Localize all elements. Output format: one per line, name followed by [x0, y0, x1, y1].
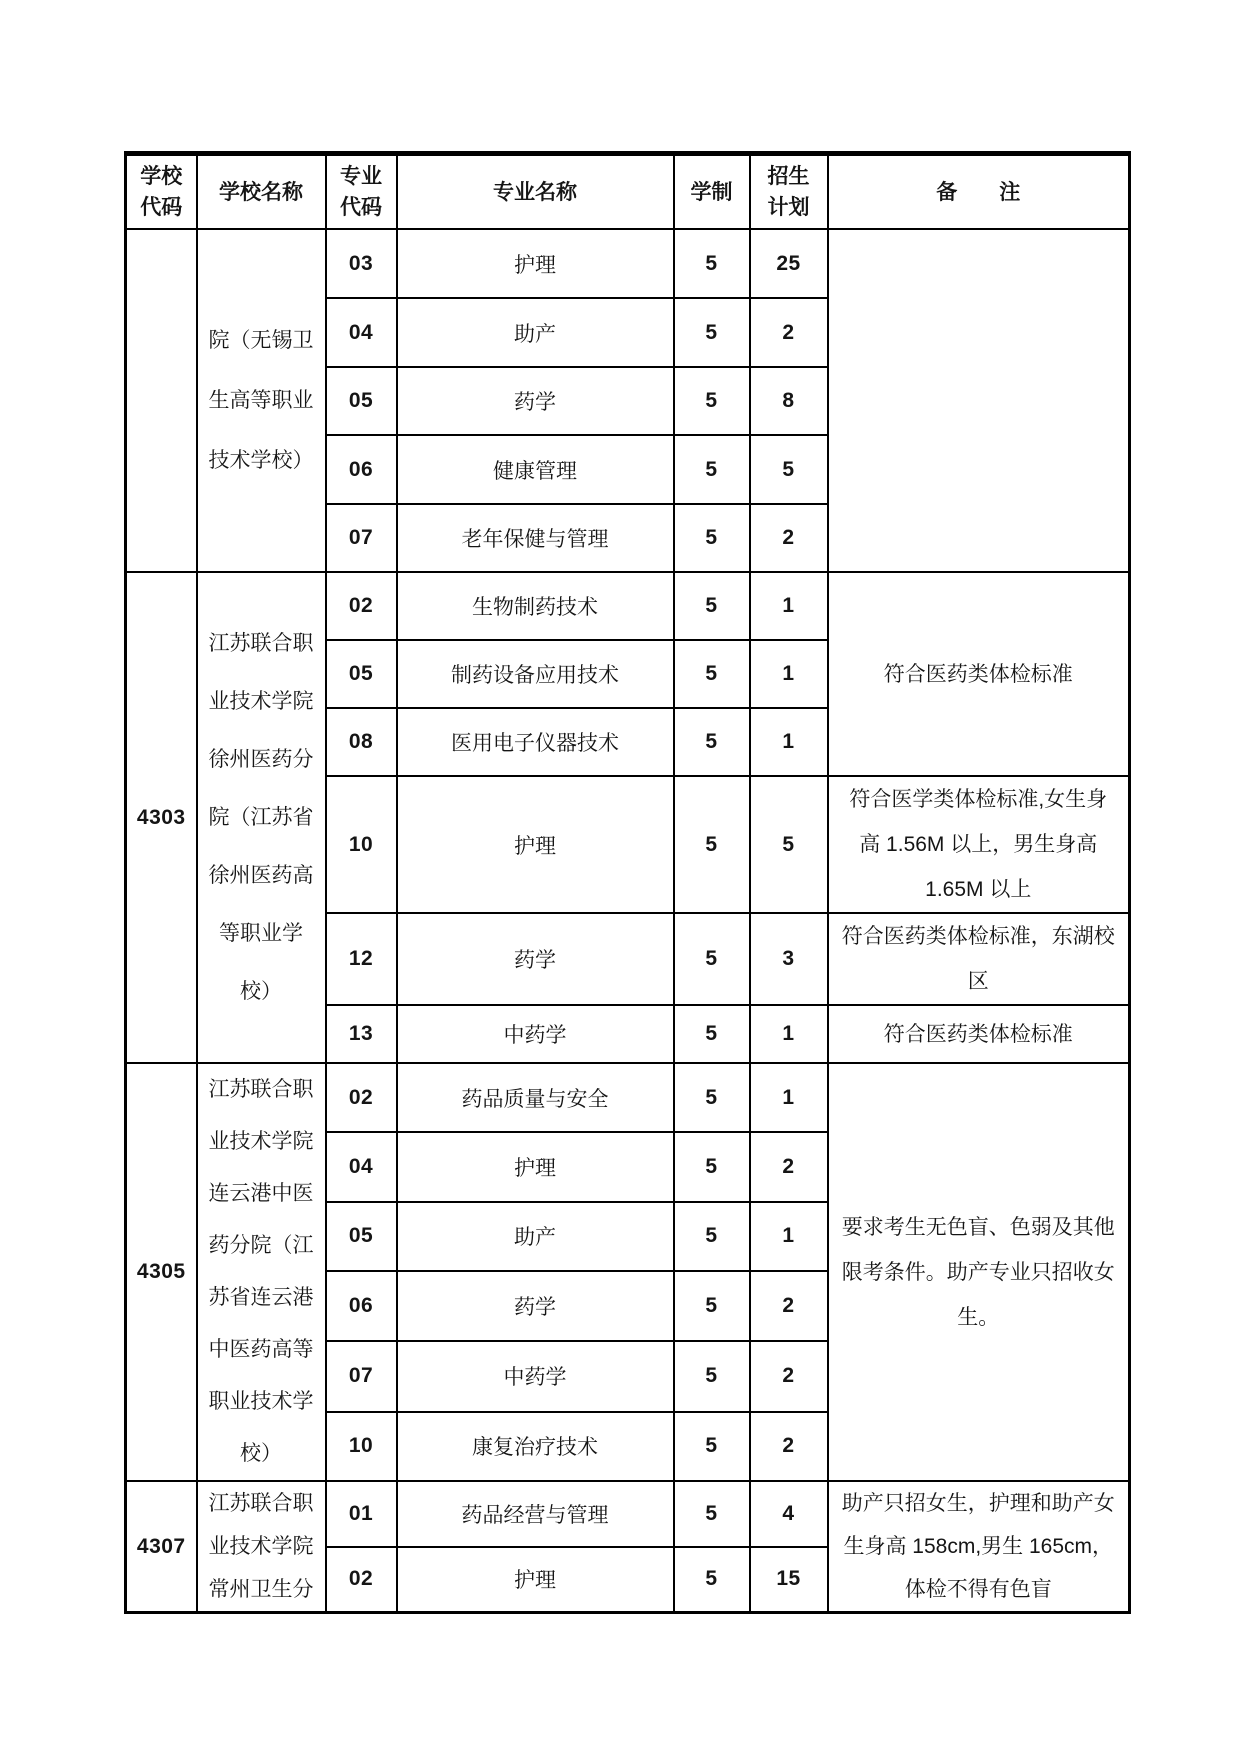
plan-cell: 3: [750, 913, 828, 1005]
major-code-cell: 10: [326, 1412, 397, 1481]
major-name-cell: 助产: [397, 1202, 674, 1271]
major-name-cell: 护理: [397, 229, 674, 298]
major-name-cell: 药品经营与管理: [397, 1481, 674, 1547]
school-name-cell: 江苏联合职 业技术学院 连云港中医 药分院（江 苏省连云港 中医药高等 职业技术…: [197, 1063, 326, 1481]
remark-cell: 要求考生无色盲、色弱及其他 限考条件。助产专业只招收女 生。: [828, 1063, 1130, 1481]
major-code-cell: 04: [326, 298, 397, 367]
major-name-cell: 护理: [397, 1547, 674, 1613]
years-cell: 5: [674, 913, 750, 1005]
major-name-cell: 护理: [397, 1132, 674, 1201]
major-name-cell: 药品质量与安全: [397, 1063, 674, 1132]
years-cell: 5: [674, 367, 750, 435]
plan-cell: 4: [750, 1481, 828, 1547]
major-code-cell: 07: [326, 1341, 397, 1411]
years-cell: 5: [674, 776, 750, 913]
remark-cell: 符合医药类体检标准: [828, 1005, 1130, 1063]
remark-cell: 符合医学类体检标准,女生身 高 1.56M 以上，男生身高 1.65M 以上: [828, 776, 1130, 913]
school-code-cell: 4307: [126, 1481, 197, 1613]
admissions-table: 学校 代码 学校名称 专业 代码 专业名称 学制 招生 计划 备 注 院（无锡卫…: [124, 151, 1131, 1614]
plan-cell: 1: [750, 572, 828, 640]
major-code-cell: 08: [326, 708, 397, 776]
table-row: 4303 江苏联合职 业技术学院 徐州医药分 院（江苏省 徐州医药高 等职业学 …: [126, 572, 1130, 640]
major-code-cell: 05: [326, 367, 397, 435]
school-code-cell: [126, 229, 197, 572]
plan-cell: 2: [750, 1132, 828, 1201]
school-code-cell: 4305: [126, 1063, 197, 1481]
major-name-cell: 健康管理: [397, 435, 674, 504]
major-name-cell: 康复治疗技术: [397, 1412, 674, 1481]
years-cell: 5: [674, 1063, 750, 1132]
school-name-cell: 院（无锡卫 生高等职业 技术学校）: [197, 229, 326, 572]
years-cell: 5: [674, 1412, 750, 1481]
remark-cell: 符合医药类体检标准: [828, 572, 1130, 776]
school-name-cell: 江苏联合职 业技术学院 常州卫生分: [197, 1481, 326, 1613]
table-row: 4307 江苏联合职 业技术学院 常州卫生分 01 药品经营与管理 5 4 助产…: [126, 1481, 1130, 1547]
years-cell: 5: [674, 708, 750, 776]
years-cell: 5: [674, 1547, 750, 1613]
years-cell: 5: [674, 640, 750, 708]
remark-cell: 符合医药类体检标准，东湖校 区: [828, 913, 1130, 1005]
plan-cell: 8: [750, 367, 828, 435]
major-code-cell: 02: [326, 1547, 397, 1613]
major-name-cell: 医用电子仪器技术: [397, 708, 674, 776]
plan-cell: 2: [750, 504, 828, 572]
plan-cell: 25: [750, 229, 828, 298]
years-cell: 5: [674, 1271, 750, 1341]
years-cell: 5: [674, 1202, 750, 1271]
major-code-cell: 06: [326, 435, 397, 504]
remark-cell: 助产只招女生，护理和助产女 生身高 158cm,男生 165cm， 体检不得有色…: [828, 1481, 1130, 1613]
major-name-cell: 生物制药技术: [397, 572, 674, 640]
plan-cell: 5: [750, 435, 828, 504]
plan-cell: 1: [750, 1063, 828, 1132]
plan-cell: 1: [750, 1005, 828, 1063]
major-code-cell: 10: [326, 776, 397, 913]
major-name-cell: 药学: [397, 367, 674, 435]
table-row: 院（无锡卫 生高等职业 技术学校） 03 护理 5 25: [126, 229, 1130, 298]
major-name-cell: 药学: [397, 1271, 674, 1341]
major-code-cell: 13: [326, 1005, 397, 1063]
years-cell: 5: [674, 298, 750, 367]
years-cell: 5: [674, 1005, 750, 1063]
header-school-name: 学校名称: [197, 154, 326, 230]
major-code-cell: 05: [326, 1202, 397, 1271]
header-plan: 招生 计划: [750, 154, 828, 230]
years-cell: 5: [674, 1341, 750, 1411]
header-remark: 备 注: [828, 154, 1130, 230]
plan-cell: 2: [750, 298, 828, 367]
header-school-code: 学校 代码: [126, 154, 197, 230]
header-major-code: 专业 代码: [326, 154, 397, 230]
major-name-cell: 护理: [397, 776, 674, 913]
plan-cell: 2: [750, 1412, 828, 1481]
years-cell: 5: [674, 1481, 750, 1547]
plan-cell: 5: [750, 776, 828, 913]
major-code-cell: 02: [326, 1063, 397, 1132]
major-code-cell: 12: [326, 913, 397, 1005]
header-major-name: 专业名称: [397, 154, 674, 230]
remark-cell: [828, 229, 1130, 572]
plan-cell: 1: [750, 708, 828, 776]
years-cell: 5: [674, 504, 750, 572]
major-code-cell: 07: [326, 504, 397, 572]
major-name-cell: 老年保健与管理: [397, 504, 674, 572]
major-name-cell: 助产: [397, 298, 674, 367]
table-row: 4305 江苏联合职 业技术学院 连云港中医 药分院（江 苏省连云港 中医药高等…: [126, 1063, 1130, 1132]
plan-cell: 2: [750, 1271, 828, 1341]
major-name-cell: 中药学: [397, 1341, 674, 1411]
major-code-cell: 02: [326, 572, 397, 640]
major-name-cell: 中药学: [397, 1005, 674, 1063]
major-code-cell: 03: [326, 229, 397, 298]
school-name-cell: 江苏联合职 业技术学院 徐州医药分 院（江苏省 徐州医药高 等职业学 校）: [197, 572, 326, 1063]
years-cell: 5: [674, 435, 750, 504]
header-years: 学制: [674, 154, 750, 230]
plan-cell: 1: [750, 1202, 828, 1271]
major-code-cell: 05: [326, 640, 397, 708]
plan-cell: 1: [750, 640, 828, 708]
major-code-cell: 06: [326, 1271, 397, 1341]
school-code-cell: 4303: [126, 572, 197, 1063]
years-cell: 5: [674, 1132, 750, 1201]
major-code-cell: 01: [326, 1481, 397, 1547]
major-name-cell: 药学: [397, 913, 674, 1005]
table-header-row: 学校 代码 学校名称 专业 代码 专业名称 学制 招生 计划 备 注: [126, 154, 1130, 230]
years-cell: 5: [674, 572, 750, 640]
major-name-cell: 制药设备应用技术: [397, 640, 674, 708]
plan-cell: 15: [750, 1547, 828, 1613]
document-page: 学校 代码 学校名称 专业 代码 专业名称 学制 招生 计划 备 注 院（无锡卫…: [0, 0, 1240, 1754]
years-cell: 5: [674, 229, 750, 298]
major-code-cell: 04: [326, 1132, 397, 1201]
plan-cell: 2: [750, 1341, 828, 1411]
